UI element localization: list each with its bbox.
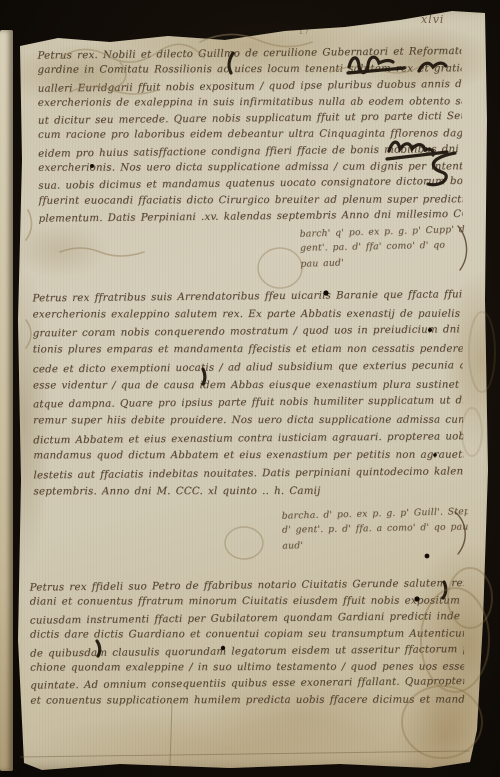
entry-1-text: Petrus rex. Nobili et dilecto Guillmo de… [37, 45, 462, 227]
text-line: remur super hiis debite prouidere. Nos u… [33, 412, 463, 430]
text-line: et conuentus supplicationem humilem pred… [30, 692, 464, 710]
text-line: septembris. Anno dni M. CCC. xl quinto .… [33, 482, 463, 500]
text-line: dictis dare dictis Guardiano et conuentu… [30, 627, 464, 645]
margin-note-2: barcha. d' po. ex p. g. p' Guill'. Steph… [282, 504, 469, 553]
pencil-folio-number: 17 [298, 27, 309, 37]
manuscript-photo: xlvi 17 Petrus rex. Nobili et dilecto Gu… [0, 0, 500, 777]
manuscript-page: xlvi 17 Petrus rex. Nobili et dilecto Gu… [0, 0, 500, 777]
text-line: esse videntur / qua de causa idem Abbas … [33, 376, 463, 394]
folio-number: xlvi [421, 13, 444, 26]
entry-2-text: Petrus rex ffratribus suis Arrendatoribu… [32, 287, 463, 502]
facing-page-edge [0, 30, 13, 771]
entry-3-text: Petrus rex ffideli suo Petro de ffabribu… [30, 577, 465, 711]
text-line: tionis plures emparas et mandamenta ffec… [33, 341, 463, 359]
text-line: cede et dicto exemptioni uocatis / ad al… [33, 357, 463, 379]
margin-note-1: barch' q' po. ex p. g. p' Cupp' d' gent'… [299, 222, 465, 271]
text-line: mandamus quod dictum Abbatem et eius exe… [33, 447, 463, 465]
